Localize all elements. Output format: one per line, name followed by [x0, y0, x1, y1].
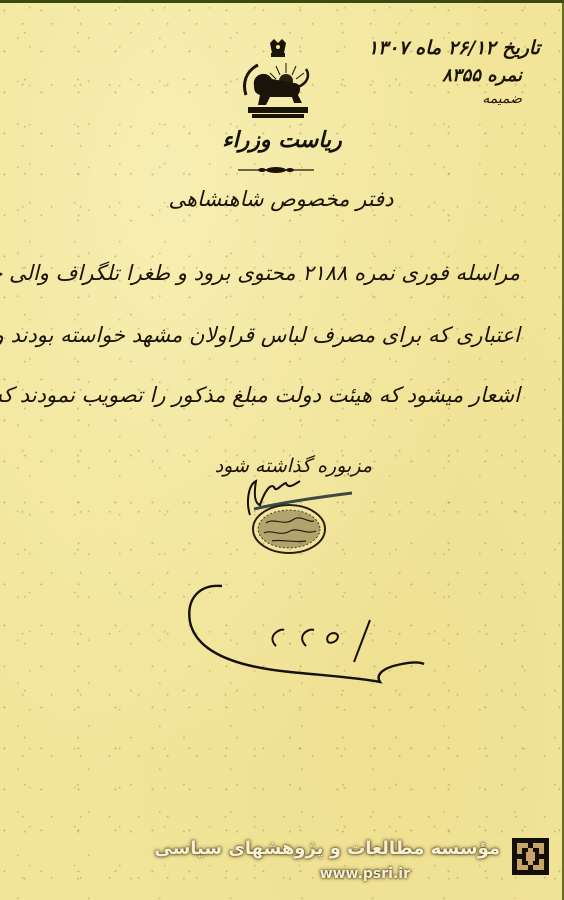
body-line: اعتباری که برای مصرف لباس قراولان مشهد خ… [0, 323, 520, 347]
psri-logo-icon [512, 838, 549, 875]
document-page: تاریخ ۲۶/۱۲ ماه ۱۳۰۷ نمره ۸۳۵۵ ضمیمه ریا… [0, 3, 564, 900]
office-heading: دفتر مخصوص شاهنشاهی [0, 187, 562, 211]
ink-seal-icon [250, 503, 328, 555]
body-line: اشعار میشود که هیئت دولت مبلغ مذکور را ت… [0, 383, 520, 407]
body-line: مراسله فوری نمره ۲۱۸۸ محتوی برود و طغرا … [0, 261, 520, 285]
document-attachment: ضمیمه [482, 91, 522, 107]
document-date: تاریخ ۲۶/۱۲ ماه ۱۳۰۷ [368, 37, 540, 59]
document-number: نمره ۸۳۵۵ [442, 65, 522, 86]
website-link[interactable]: www.psri.ir [320, 866, 410, 882]
organization-title: ریاست وزراء [200, 127, 364, 153]
watermark-footer: مؤسسه مطالعات و پژوهشهای سیاسی www.psri.… [0, 830, 562, 900]
divider-ornament-icon [238, 165, 314, 175]
institute-name: مؤسسه مطالعات و پژوهشهای سیاسی [154, 838, 500, 859]
handwritten-signature-icon [170, 578, 450, 698]
lion-and-sun-emblem-icon [236, 39, 318, 125]
